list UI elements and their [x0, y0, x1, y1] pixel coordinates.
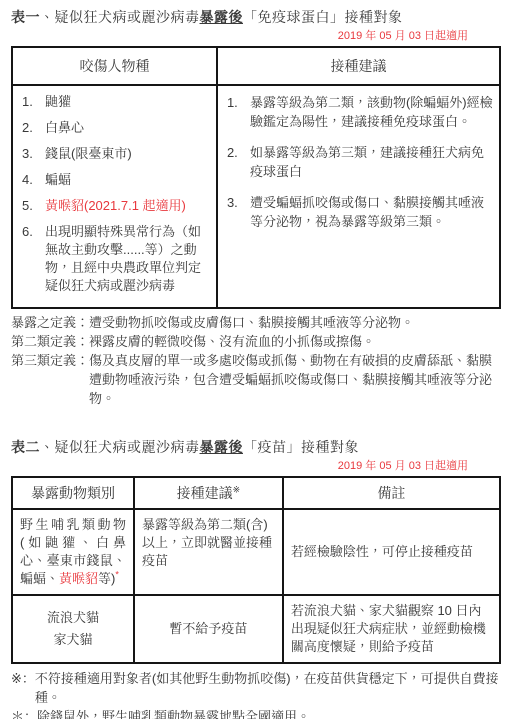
list-item: 5. 黃喉貂(2021.7.1 起適用) [22, 197, 210, 215]
item-number: 3. [22, 145, 45, 163]
header-text: 接種建議 [177, 485, 233, 501]
definition-text: 傷及真皮層的單一或多處咬傷或抓傷、動物在有破損的皮膚舔舐、黏膜遭動物唾液污染，包… [89, 351, 501, 408]
item-number: 2. [22, 119, 45, 137]
wild-mammals-recommendation-cell: 暴露等級為第二類(含)以上，立即就醫並接種疫苗 [134, 509, 283, 595]
footnote-asterisk: ＊： 除錢鼠外，野生哺乳類動物暴露地點全國適用。 [11, 707, 501, 719]
list-item: 4. 蝙蝠 [22, 171, 210, 189]
reference-mark: ※ [233, 484, 241, 494]
table1-body-row: 1. 鼬獾 2. 白鼻心 3. 錢鼠(限臺東市) 4. [12, 85, 500, 308]
table2-title-tail: 「疫苗」接種對象 [243, 439, 359, 455]
table2-title-emphasis: 暴露後 [200, 439, 244, 455]
item-text: 蝙蝠 [45, 171, 210, 189]
bite-species-cell: 1. 鼬獾 2. 白鼻心 3. 錢鼠(限臺東市) 4. [12, 85, 217, 308]
definition-text: 遭受動物抓咬傷或皮膚傷口、黏膜接觸其唾液等分泌物。 [89, 313, 501, 332]
table2-effective-date: 2019 年 05 月 03 日起適用 [11, 459, 501, 473]
table1-title-emphasis: 暴露後 [200, 9, 244, 25]
list-item: 3. 錢鼠(限臺東市) [22, 145, 210, 163]
table2-row-wild-mammals: 野生哺乳類動物(如鼬獾、白鼻心、臺東市錢鼠、蝙蝠、黃喉貂等)* 暴露等級為第二類… [12, 509, 500, 595]
item-text: 遭受蝙蝠抓咬傷或傷口、黏膜接觸其唾液等分泌物，視為暴露等級第三類。 [250, 193, 493, 231]
definition-text: 裸露皮膚的輕微咬傷、沒有流血的小抓傷或擦傷。 [89, 332, 501, 351]
definition-exposure: 暴露之定義： 遭受動物抓咬傷或皮膚傷口、黏膜接觸其唾液等分泌物。 [11, 313, 501, 332]
recommendation-list: 1. 暴露等級為第二類，該動物(除蝙蝠外)經檢驗鑑定為陽性，建議接種免疫球蛋白。… [227, 93, 493, 231]
item-number: 1. [227, 93, 250, 131]
table1-header-recommendation: 接種建議 [217, 47, 500, 85]
footnote-marker: ＊： [11, 707, 37, 719]
item-number: 4. [22, 171, 45, 189]
table1-title-tail: 「免疫球蛋白」接種對象 [243, 9, 403, 25]
item-text: 暴露等級為第二類，該動物(除蝙蝠外)經檢驗鑑定為陽性，建議接種免疫球蛋白。 [250, 93, 493, 131]
definition-label: 第三類定義： [11, 351, 89, 408]
footnotes-block: ※： 不符接種適用對象者(如其他野生動物抓咬傷)，在疫苗供貨穩定下，可提供自費接… [11, 669, 501, 719]
bite-species-list: 1. 鼬獾 2. 白鼻心 3. 錢鼠(限臺東市) 4. [22, 93, 210, 295]
item-text: 鼬獾 [45, 93, 210, 111]
table1-header-bite-species: 咬傷人物種 [12, 47, 217, 85]
table1-header-row: 咬傷人物種 接種建議 [12, 47, 500, 85]
table2-title: 表二、疑似狂犬病或麗沙病毒暴露後「疫苗」接種對象 [11, 438, 501, 457]
wild-mammals-note-cell: 若經檢驗陰性，可停止接種疫苗 [283, 509, 500, 595]
item-number: 1. [22, 93, 45, 111]
immunoglobulin-table: 咬傷人物種 接種建議 1. 鼬獾 2. 白鼻心 [11, 46, 501, 309]
definition-label: 第二類定義： [11, 332, 89, 351]
item-text: 白鼻心 [45, 119, 210, 137]
wild-mammals-cell: 野生哺乳類動物(如鼬獾、白鼻心、臺東市錢鼠、蝙蝠、黃喉貂等)* [12, 509, 134, 595]
table1-effective-date: 2019 年 05 月 03 日起適用 [11, 29, 501, 43]
definition-label: 暴露之定義： [11, 313, 89, 332]
table2-header-animal-category: 暴露動物類別 [12, 477, 134, 509]
definitions-block: 暴露之定義： 遭受動物抓咬傷或皮膚傷口、黏膜接觸其唾液等分泌物。 第二類定義： … [11, 313, 501, 408]
document-root: 表一、疑似狂犬病或麗沙病毒暴露後「免疫球蛋白」接種對象 2019 年 05 月 … [11, 8, 501, 719]
item-number: 3. [227, 193, 250, 231]
dogs-cats-note-cell: 若流浪犬貓、家犬貓觀察 10 日內出現疑似狂犬病症狀，並經動檢機關高度懷疑，則給… [283, 595, 500, 663]
list-item: 6. 出現明顯特殊異常行為（如無故主動攻擊......等）之動物，且經中央農政單… [22, 223, 210, 295]
table2-section: 表二、疑似狂犬病或麗沙病毒暴露後「疫苗」接種對象 2019 年 05 月 03 … [11, 438, 501, 719]
list-item: 2. 白鼻心 [22, 119, 210, 137]
table2-header-remarks: 備註 [283, 477, 500, 509]
list-item: 3. 遭受蝙蝠抓咬傷或傷口、黏膜接觸其唾液等分泌物，視為暴露等級第三類。 [227, 193, 493, 231]
vaccine-table: 暴露動物類別 接種建議※ 備註 野生哺乳類動物(如鼬獾、白鼻心、臺東市錢鼠、蝙蝠… [11, 476, 501, 664]
list-item: 1. 鼬獾 [22, 93, 210, 111]
item-text-red: 黃喉貂(2021.7.1 起適用) [45, 197, 210, 215]
table2-title-number: 表二 [11, 439, 40, 455]
item-number: 6. [22, 223, 45, 295]
item-text: 如暴露等級為第三類，建議接種狂犬病免疫球蛋白 [250, 143, 493, 181]
footnote-reference-mark: ※： 不符接種適用對象者(如其他野生動物抓咬傷)，在疫苗供貨穩定下，可提供自費接… [11, 669, 501, 707]
recommendation-cell: 1. 暴露等級為第二類，該動物(除蝙蝠外)經檢驗鑑定為陽性，建議接種免疫球蛋白。… [217, 85, 500, 308]
item-number: 2. [227, 143, 250, 181]
dogs-cats-cell: 流浪犬貓 家犬貓 [12, 595, 134, 663]
list-item: 1. 暴露等級為第二類，該動物(除蝙蝠外)經檢驗鑑定為陽性，建議接種免疫球蛋白。 [227, 93, 493, 131]
cell-text: 流浪犬貓 [20, 607, 126, 629]
cell-text: 家犬貓 [20, 629, 126, 651]
item-text: 出現明顯特殊異常行為（如無故主動攻擊......等）之動物，且經中央農政單位判定… [45, 223, 210, 295]
table1-title: 表一、疑似狂犬病或麗沙病毒暴露後「免疫球蛋白」接種對象 [11, 8, 501, 27]
list-item: 2. 如暴露等級為第三類，建議接種狂犬病免疫球蛋白 [227, 143, 493, 181]
definition-category3: 第三類定義： 傷及真皮層的單一或多處咬傷或抓傷、動物在有破損的皮膚舔舐、黏膜遭動… [11, 351, 501, 408]
table1-title-mid: 、疑似狂犬病或麗沙病毒 [40, 9, 200, 25]
footnote-text: 不符接種適用對象者(如其他野生動物抓咬傷)，在疫苗供貨穩定下，可提供自費接種。 [35, 669, 501, 707]
item-number: 5. [22, 197, 45, 215]
asterisk-mark: * [115, 570, 119, 580]
table2-header-row: 暴露動物類別 接種建議※ 備註 [12, 477, 500, 509]
table2-row-dogs-cats: 流浪犬貓 家犬貓 暫不給予疫苗 若流浪犬貓、家犬貓觀察 10 日內出現疑似狂犬病… [12, 595, 500, 663]
table1-section: 表一、疑似狂犬病或麗沙病毒暴露後「免疫球蛋白」接種對象 2019 年 05 月 … [11, 8, 501, 408]
footnote-text: 除錢鼠外，野生哺乳類動物暴露地點全國適用。 [37, 707, 501, 719]
table2-header-recommendation: 接種建議※ [134, 477, 283, 509]
cell-text: 等) [98, 571, 115, 586]
footnote-marker: ※： [11, 669, 35, 707]
item-text: 錢鼠(限臺東市) [45, 145, 210, 163]
dogs-cats-recommendation-cell: 暫不給予疫苗 [134, 595, 283, 663]
table1-title-number: 表一 [11, 9, 40, 25]
table2-title-mid: 、疑似狂犬病或麗沙病毒 [40, 439, 200, 455]
cell-text-red: 黃喉貂 [59, 571, 98, 586]
definition-category2: 第二類定義： 裸露皮膚的輕微咬傷、沒有流血的小抓傷或擦傷。 [11, 332, 501, 351]
